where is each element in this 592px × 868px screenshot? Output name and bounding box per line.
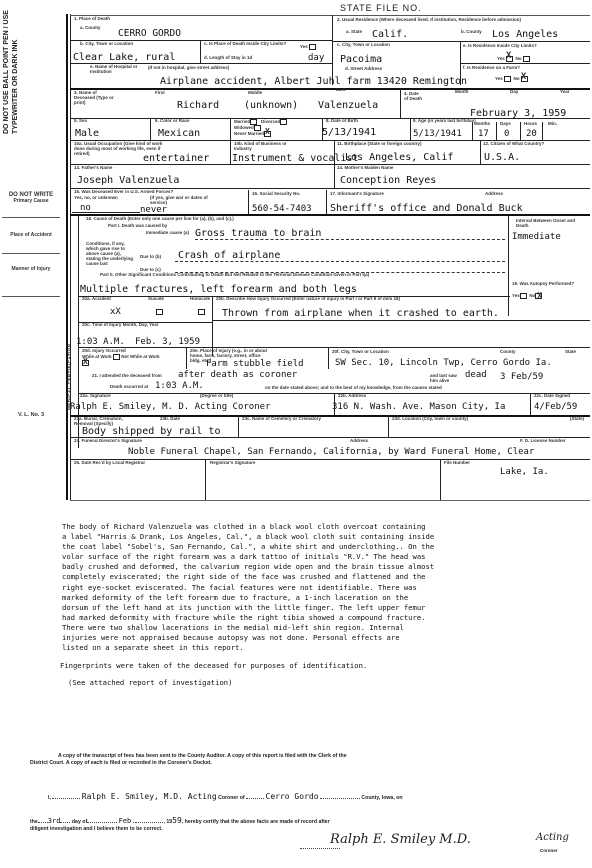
time-of-injury-value: 1:03 A.M. <box>76 337 125 347</box>
age-hours-value: 20 <box>526 129 537 139</box>
do-not-write-block: DO NOT WRITE Primary Cause <box>0 192 62 204</box>
citizenship-label: 12. Citizen of What Country? <box>483 142 544 147</box>
burial-state-label: (State) <box>570 417 584 422</box>
hospital-note: (If not in hospital, give street address… <box>148 66 229 71</box>
narrative-line: completely eviscerated; the right side o… <box>62 572 590 582</box>
while-at-work-checkbox[interactable] <box>113 354 120 360</box>
interval-value: Immediate <box>512 232 561 242</box>
cause-of-death-label: 18. Cause of Death (Enter only one cause… <box>86 217 234 222</box>
narrative-line: dorsum of the left hand at its junction … <box>62 603 590 613</box>
narrative-line: badly crushed and deformed, the calvariu… <box>62 562 590 572</box>
residence-state-value: Calif. <box>372 29 408 40</box>
city-town-label: b. City, Town or Location <box>80 42 133 47</box>
birthplace-label: 11. Birthplace (State or foreign country… <box>337 142 422 147</box>
married-checkbox[interactable] <box>250 119 257 125</box>
autopsy-label: 19. Was Autopsy Performed? <box>512 282 588 287</box>
state-label: a. State <box>346 30 362 35</box>
residence-county-value: Los Angeles <box>492 29 558 40</box>
place-of-injury-value: Farm stubble field <box>206 359 304 369</box>
acting-signature: Acting <box>536 832 569 843</box>
date-signed-label: 22c. Date Signed <box>534 394 570 399</box>
never-married-checkbox[interactable]: X <box>264 131 271 137</box>
cemetery-label: 23c. Name of Cemetery or Crematory <box>242 417 321 422</box>
business-value: Instrument & vocalist <box>232 153 358 164</box>
injury-location-value: SW Sec. 10, Lincoln Twp, Cerro Gordo Ia. <box>335 358 552 368</box>
widowed-checkbox[interactable] <box>254 125 261 131</box>
residence-city-label: c. City, Town or Location <box>337 43 390 48</box>
residence-city-yes-checkbox[interactable]: X <box>506 56 513 62</box>
narrative-line: right eye-socket eviscerated. The facial… <box>62 583 590 593</box>
suicide-label: Suicide <box>148 297 164 302</box>
street-address-label: d. Street Address <box>345 67 382 72</box>
registrar-signature-label: Registrar's Signature <box>210 461 255 466</box>
narrative-line: the coat label "Sobel's, San Fernando, C… <box>62 542 590 552</box>
certifier-county: Cerro Gordo <box>266 792 319 801</box>
injury-city-label: 20f. City, Town or Location <box>332 350 389 355</box>
death-year-label: Year <box>560 90 570 95</box>
middle-name-label: Middle <box>248 91 262 96</box>
farm-no-checkbox[interactable]: X <box>521 76 528 82</box>
married-label: Married <box>234 119 250 124</box>
narrative-line: had marked deformity with fracture while… <box>62 613 590 623</box>
fd-license-label: F. D. License Number <box>520 439 566 444</box>
informant-address-label: Address <box>485 192 503 197</box>
funeral-director-value-cont: Lake, Ia. <box>500 467 549 477</box>
farm-no-label: No <box>514 76 520 81</box>
coroner-signature-block: Ralph E. Smiley M.D. Acting Coroner <box>300 830 590 860</box>
not-while-at-work-checkbox[interactable]: X <box>82 360 89 366</box>
physician-address-label: 22b. Address <box>338 394 366 399</box>
immediate-cause-label: Immediate cause (a) <box>146 231 189 236</box>
state-file-number-label: STATE FILE NO. <box>340 3 422 13</box>
date-of-birth-label: 8. Date of Birth <box>326 119 358 124</box>
accident-mark: xX <box>110 307 121 317</box>
last-seen-date: 3 Feb/59 <box>500 372 543 382</box>
residence-city-yes-label: Yes <box>497 56 505 61</box>
length-of-stay-label: d. Length of Stay in 1d <box>204 56 252 61</box>
conditions-label: Conditions, if any, which gave rise to a… <box>86 242 134 267</box>
file-number-label: File Number <box>444 461 470 466</box>
first-name-label: First <box>155 91 165 96</box>
last-seen-value: dead <box>465 370 487 380</box>
manner-of-injury-label: Manner of Injury <box>0 266 62 272</box>
deceased-name-label: 3. Name of Deceased (Type or print) <box>74 91 114 106</box>
death-day-label: Day <box>510 90 518 95</box>
date-received-label: 25. Date Rec'd by Local Registrar <box>74 461 145 466</box>
attendance-note: on the date stated above; and to the bes… <box>265 386 442 391</box>
date-of-death-label: 4. Date of Death <box>404 92 424 102</box>
signature-label: 22a. Signature <box>80 394 111 399</box>
farm-yes-label: Yes <box>495 76 503 81</box>
narrative-line: volar surface of the right forearm was a… <box>62 552 590 562</box>
armed-forces-sub-label: Yes, no, or unknown <box>74 196 118 201</box>
residence-city-no-label: No <box>516 56 522 61</box>
death-county-value: CERRO GORDO <box>118 28 181 39</box>
fingerprints-note: Fingerprints were taken of the deceased … <box>60 661 590 671</box>
age-min-label: Min. <box>548 122 557 127</box>
due-to-b-value: Crash of airplane <box>178 250 280 261</box>
citizenship-value: U.S.A. <box>484 152 520 163</box>
hospital-label: e. Name of Hospital or Institution <box>90 65 145 75</box>
last-name-value: Valenzuela <box>318 100 378 111</box>
age-months-label: Months <box>474 122 490 127</box>
injury-date-value: Feb. 3, 1959 <box>135 337 200 347</box>
injury-description-label: 20b. Describe How Injury Occurred (Enter… <box>216 297 586 302</box>
informant-value: Sheriff's office and Donald Buck <box>330 203 523 214</box>
burial-date-label: 23b. Date <box>160 417 180 422</box>
informant-signature-label: 17. Informant's Signature <box>330 192 384 197</box>
suicide-checkbox[interactable] <box>156 309 163 315</box>
race-label: 6. Color or Race <box>155 119 190 124</box>
ink-warning-text: DO NOT USE BALL POINT PEN / USE TYPEWRIT… <box>3 4 31 134</box>
certifier-name: Ralph E. Smiley, M.D. Acting <box>82 792 217 801</box>
funeral-director-label: 24. Funeral Director's Signature <box>74 439 142 444</box>
social-security-value: 560-54-7403 <box>252 204 312 214</box>
immediate-cause-value: Gross trauma to brain <box>195 228 321 239</box>
age-days-value: 0 <box>504 129 509 139</box>
place-of-death-label: 1. Place of Death <box>74 17 110 22</box>
farm-yes-checkbox[interactable] <box>504 76 511 82</box>
length-of-stay-value: day <box>308 53 324 63</box>
race-value: Mexican <box>158 128 200 139</box>
inside-city-limits-label: c. Is Place of Death Inside City Limits? <box>204 42 294 47</box>
part-two-label: Part II. Other Significant Conditions Co… <box>100 273 430 278</box>
date-of-birth-value: 5/13/1941 <box>322 127 376 138</box>
injury-county-label: County <box>500 350 516 355</box>
physician-address-value: 316 N. Wash. Ave. Mason City, Ia <box>332 402 505 412</box>
injury-occurred-label: 20d. Injury Occurred While at Work Not W… <box>82 349 162 366</box>
marital-status-group: Married Divorced Widowed Never MarriedX <box>234 119 324 137</box>
narrative-report: The body of Richard Valenzuela was cloth… <box>62 522 590 688</box>
attended-from-label: 21. I attended the deceased from <box>92 374 162 379</box>
cert-year: 59 <box>172 816 182 825</box>
injury-description-value: Thrown from airplane when it crashed to … <box>222 308 499 319</box>
last-name-label: Last <box>336 88 345 93</box>
residence-city-no-checkbox[interactable] <box>523 56 530 62</box>
county-label: a. County <box>80 26 101 31</box>
medical-certification-label: MEDICAL CERTIFICATION <box>67 290 76 410</box>
age-months-value: 17 <box>478 129 489 139</box>
accident-label: 20a. Accident <box>82 297 111 302</box>
mother-name-value: Conception Reyes <box>340 175 436 186</box>
father-name-value: Joseph Valenzuela <box>77 175 179 186</box>
primary-cause-label: Primary Cause <box>0 198 62 204</box>
death-occurred-label: Death occurred at <box>110 385 148 390</box>
divorced-checkbox[interactable] <box>280 119 287 125</box>
residence-inside-city-label: e. Is Residence Inside City Limits? <box>463 44 589 49</box>
funeral-address-label: Address <box>350 439 368 444</box>
age-value: 5/13/1941 <box>413 129 462 139</box>
homicide-checkbox[interactable] <box>198 309 205 315</box>
part-one-label: Part I. Death was caused by <box>108 224 167 229</box>
vl-number: V. L. No. 3 <box>0 412 62 418</box>
interval-label: Interval Between Onset and Death <box>516 219 586 229</box>
death-month-label: Month <box>455 90 469 95</box>
age-days-label: Days <box>500 122 511 127</box>
date-signed-value: 4/Feb/59 <box>534 402 577 412</box>
divorced-label: Divorced <box>261 119 280 124</box>
time-of-injury-sub: Month, Day, Year <box>123 322 159 327</box>
part-two-value: Multiple fractures, left forearm and bot… <box>80 284 357 295</box>
narrative-line: There were two shallow lacerations in th… <box>62 623 590 633</box>
funeral-director-value: Noble Funeral Chapel, San Fernando, Cali… <box>128 447 534 457</box>
never-married-label: Never Married <box>234 131 264 136</box>
occupation-value: entertainer <box>143 153 209 164</box>
physician-signature-value: Ralph E. Smiley, M. D. Acting Coroner <box>70 402 270 412</box>
narrative-line: a label "Harris & Drank, Los Angeles, Ca… <box>62 532 590 542</box>
widowed-label: Widowed <box>234 125 254 130</box>
birthplace-value: Los Angeles, Calif <box>345 152 453 163</box>
usual-residence-label: 2. Usual Residence (Where deceased lived… <box>337 18 587 23</box>
cert-day: 3rd <box>48 817 61 825</box>
cert-month: Feb. <box>119 817 136 825</box>
not-while-at-work-label: Not While at Work <box>121 354 159 359</box>
degree-title-label: (Degree or title) <box>200 394 233 399</box>
time-of-injury-label: 20c. Time of Injury <box>82 322 121 327</box>
due-to-b-label: Due to (b) <box>140 255 161 260</box>
residence-farm-label: f. Is Residence on a Farm? <box>463 66 520 71</box>
death-city-value: Clear Lake, rural <box>73 52 175 63</box>
mother-name-label: 14. Mother's Maiden Name <box>337 166 393 171</box>
certification-line-1: I, Ralph E. Smiley, M.D. Acting Coroner … <box>48 793 588 802</box>
narrative-line: marked deformity of the left forearm due… <box>62 593 590 603</box>
social-security-label: 16. Social Security No. <box>252 192 300 197</box>
hospital-value: Airplane accident, Albert Juhl farm 1342… <box>160 76 467 87</box>
see-attached-note: (See attached report of investigation) <box>68 678 590 688</box>
middle-name-value: (unknown) <box>244 100 298 111</box>
death-occurred-value: 1:03 A.M. <box>155 381 204 391</box>
age-hours-label: Hours <box>524 122 537 127</box>
narrative-line: listed on a separate sheet in this repor… <box>62 643 590 653</box>
sex-label: 5. Sex <box>74 119 87 124</box>
attended-from-value: after death as coroner <box>178 370 297 380</box>
sex-value: Male <box>75 128 99 139</box>
burial-location-label: 23d. Location (City, town or county) <box>392 417 468 422</box>
father-name-label: 13. Father's Name <box>74 166 112 171</box>
narrative-line: injuries were not appraised because auto… <box>62 633 590 643</box>
business-label: 10b. Kind of Business or Industry <box>234 142 304 152</box>
copy-notice: A copy of the transcript of fees has bee… <box>30 753 590 767</box>
burial-value: Body shipped by rail to <box>82 426 220 437</box>
residence-county-label: b. County <box>461 30 482 35</box>
first-name-value: Richard <box>177 100 219 111</box>
narrative-line: The body of Richard Valenzuela was cloth… <box>62 522 590 532</box>
coroner-signature: Ralph E. Smiley M.D. <box>330 832 471 847</box>
last-seen-label: and last saw him alive <box>430 374 460 384</box>
injury-state-label: State <box>565 350 576 355</box>
city-limits-yes-checkbox[interactable] <box>309 44 316 50</box>
place-of-accident-label: Place of Accident <box>0 232 62 238</box>
homicide-label: Homicide <box>190 297 210 302</box>
city-limits-yes-label: Yes <box>300 44 308 49</box>
coroner-title-label: Coroner <box>540 847 558 854</box>
residence-city-value: Pacoima <box>340 54 382 65</box>
